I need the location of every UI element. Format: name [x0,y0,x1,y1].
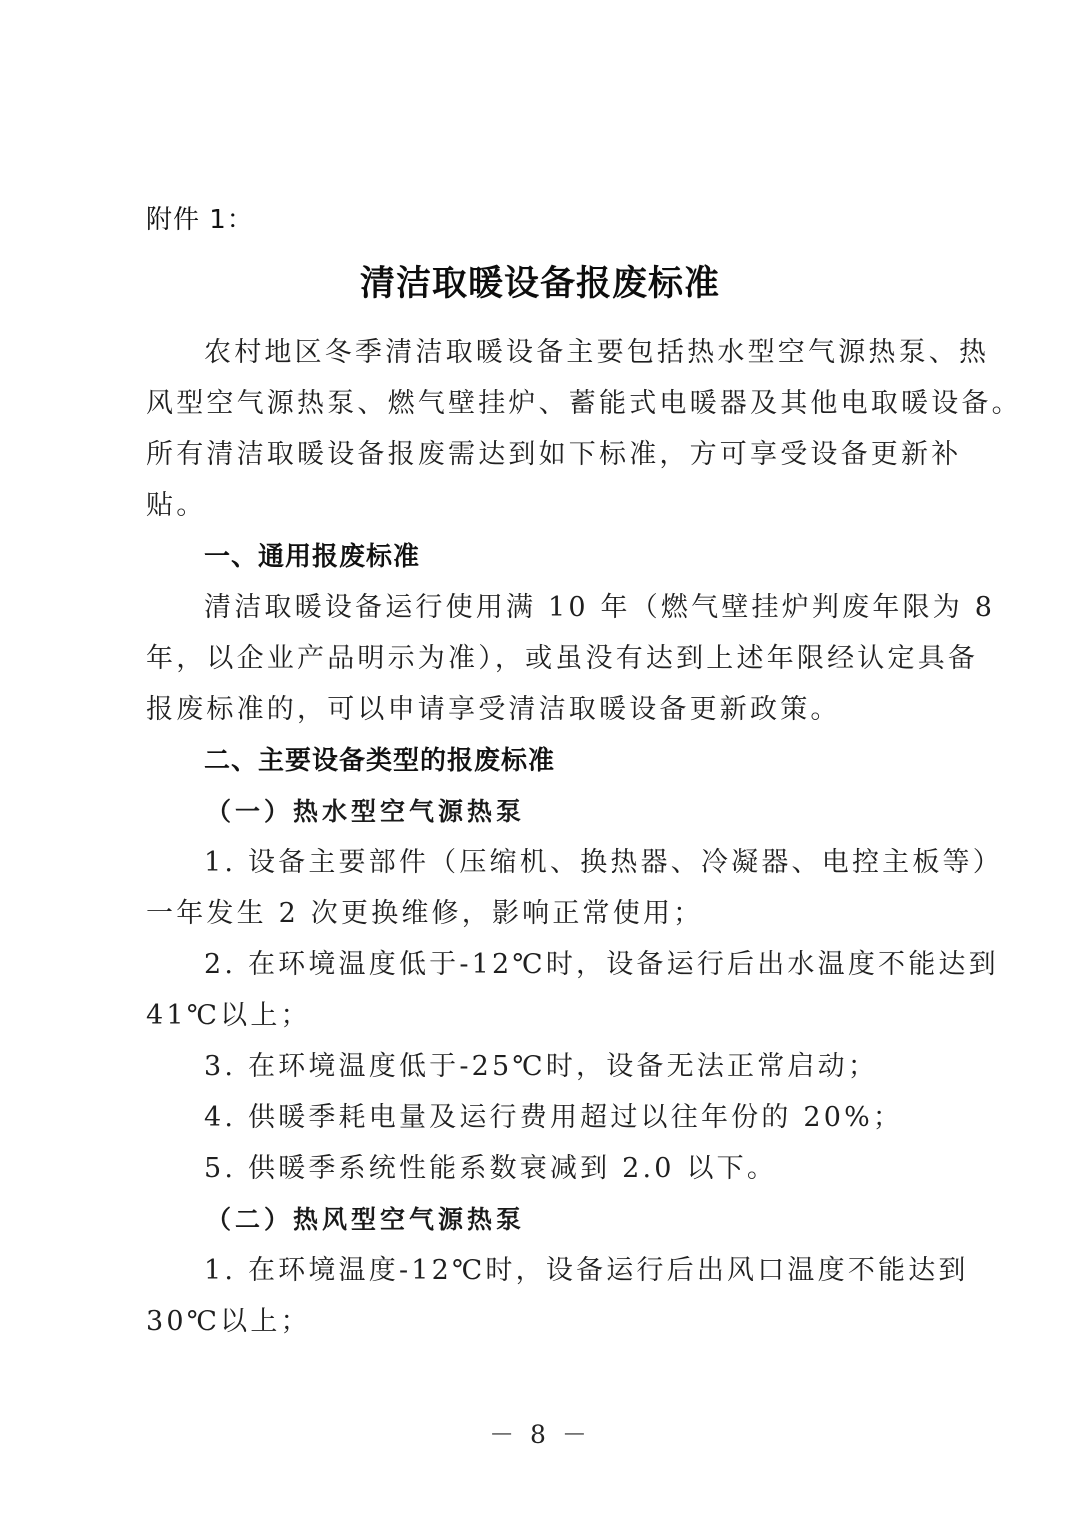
document-page: 附件 1： 清洁取暖设备报废标准 农村地区冬季清洁取暖设备主要包括热水型空气源热… [0,0,1080,1527]
hot-water-item-4: 4. 供暖季耗电量及运行费用超过以往年份的 20%； [204,1101,903,1135]
intro-line-1: 农村地区冬季清洁取暖设备主要包括热水型空气源热泵、热 [204,336,989,370]
document-title: 清洁取暖设备报废标准 [0,262,1080,306]
hot-water-item-3: 3. 在环境温度低于-25℃时，设备无法正常启动； [204,1050,878,1084]
intro-line-3: 所有清洁取暖设备报废需达到如下标准，方可享受设备更新补 [146,438,961,472]
intro-line-4: 贴。 [146,489,206,523]
hot-water-item-1-line-2: 一年发生 2 次更换维修，影响正常使用； [146,897,703,931]
hot-air-item-1-line-1: 1. 在环境温度-12℃时，设备运行后出风口温度不能达到 [204,1254,969,1288]
general-line-3: 报废标准的，可以申请享受清洁取暖设备更新政策。 [146,693,841,727]
general-line-1: 清洁取暖设备运行使用满 10 年（燃气壁挂炉判废年限为 8 [204,591,995,625]
hot-water-item-2-line-2: 41℃以上； [146,999,311,1033]
hot-water-item-5: 5. 供暖季系统性能系数衰减到 2.0 以下。 [204,1152,777,1186]
general-line-2: 年，以企业产品明示为准），或虽没有达到上述年限经认定具备 [146,642,978,676]
intro-line-2: 风型空气源热泵、燃气壁挂炉、蓄能式电暖器及其他电取暖设备。 [146,387,1022,421]
subsection-heading-hot-water-heat-pump: （一）热水型空气源热泵 [206,795,525,829]
section-heading-equipment-types: 二、主要设备类型的报废标准 [204,744,555,778]
hot-water-item-2-line-1: 2. 在环境温度低于-12℃时，设备运行后出水温度不能达到 [204,948,999,982]
attachment-label: 附件 1： [146,203,254,237]
hot-air-item-1-line-2: 30℃以上； [146,1305,311,1339]
hot-water-item-1-line-1: 1. 设备主要部件（压缩机、换热器、冷凝器、电控主板等） [204,846,1003,880]
page-number: － 8 － [0,1420,1080,1450]
subsection-heading-hot-air-heat-pump: （二）热风型空气源热泵 [206,1203,525,1237]
section-heading-general: 一、通用报废标准 [204,540,420,574]
